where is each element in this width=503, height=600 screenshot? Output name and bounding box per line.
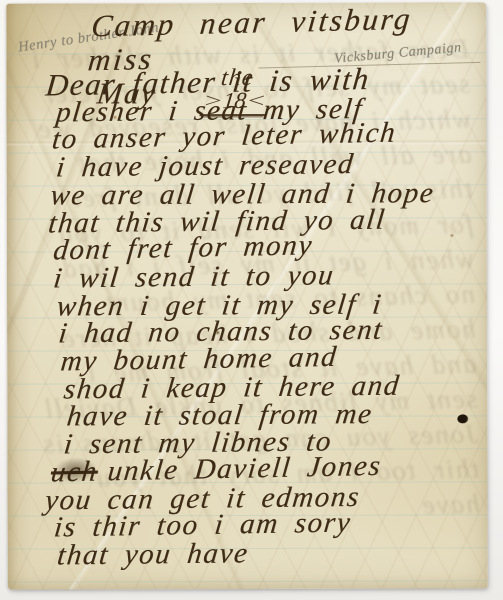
paper-speck [113,115,118,119]
ink-blot [457,414,468,423]
letter-body: Dear father it is withplesher i seat my … [6,70,487,570]
letter-line: that you have [56,538,492,571]
paper-speck [215,330,220,335]
photo-backdrop: Dear father it is with plesher i seat my… [0,0,503,600]
letter-page: Dear father it is with plesher i seat my… [6,2,488,589]
paper-speck [450,233,454,237]
letter-line: is thir too i am sory [53,508,492,543]
